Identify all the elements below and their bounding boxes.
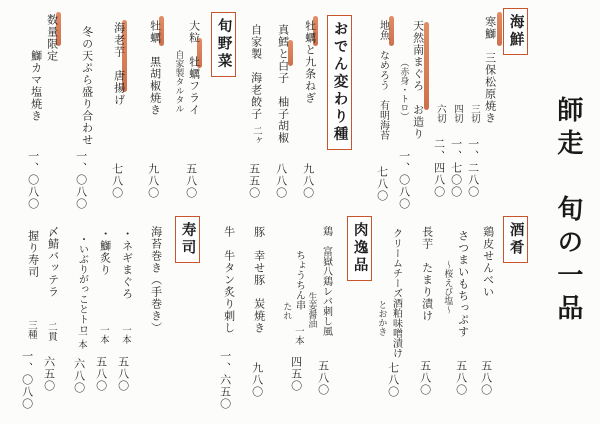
item-price: 九八〇 [301, 163, 314, 199]
brush-accent [424, 22, 429, 110]
item-price: 七八〇 [375, 166, 388, 202]
item-name-torikawa: 鶏皮せんべい [481, 226, 494, 298]
item-name-tori-reba: 鶏 富嶽八鶏レバ刺し風 [320, 226, 332, 336]
item-name-buri-aburi: ・鰤炙り [98, 228, 111, 276]
section-header-yasai: 旬野菜 [211, 12, 236, 77]
item-price: 一、六五〇 [218, 350, 231, 410]
item-price: 五八〇 [454, 360, 467, 396]
item-name-cream-cheese: クリームチーズ酒粕味噌漬け [390, 228, 402, 358]
item-name-kanburi: 寒鰤 三保松原焼き [483, 16, 496, 124]
item-name-burikama: 鰤カマ塩焼き [29, 50, 42, 122]
menu-title: 師走 旬の一品 [552, 96, 582, 327]
item-unit: 三切 [468, 104, 479, 123]
item-note: 〜桜えび塩〜 [442, 260, 452, 314]
item-name-buta: 豚 幸せ豚 炭焼き [252, 226, 265, 334]
item-note: （赤身・トロ） [398, 58, 408, 121]
item-note: たれ [281, 302, 291, 320]
item-name-kaki-kosho: 牡蠣 黒胡椒焼き [148, 20, 161, 116]
section-header-sushi: 寿司 [175, 216, 200, 263]
item-name-jizakana: 地魚 なめろう 有明海苔 [377, 20, 389, 140]
item-price: 九八〇 [146, 163, 159, 199]
item-price: 九八〇 [250, 362, 263, 398]
item-price: 八八〇 [274, 163, 287, 199]
item-price: 二、四八〇 [432, 138, 445, 198]
item-name-shimesaba: 〆鯖バッテラ [46, 226, 59, 298]
item-name-negi-maguro: ・ネギまぐろ [120, 228, 133, 300]
item-name-ebi-imo: 海老芋 唐揚げ [112, 22, 125, 106]
section-header-shuko: 酒肴 [503, 216, 528, 263]
item-name-satsumaimo: さつまいもちっぷす [456, 230, 469, 338]
item-unit: 六切 [434, 104, 445, 123]
item-unit: 三種 [25, 320, 36, 339]
item-note: とおかき [376, 300, 386, 336]
item-unit: 一本 [75, 330, 86, 349]
item-price: 一、七〇〇 [449, 138, 462, 198]
item-unit: 二ヶ [250, 126, 261, 145]
item-price: 五五〇 [247, 163, 260, 199]
item-price: 一、〇八〇 [26, 150, 39, 210]
item-name-nagaimo: 長芋 たまり漬け [420, 226, 433, 322]
item-label-gentei: 数量限定 [45, 14, 58, 62]
item-price: 五八〇 [479, 360, 492, 396]
item-price: 五八〇 [316, 360, 329, 396]
item-name-maguro: 天然南まぐろ お造り [411, 20, 424, 140]
brush-accent [389, 16, 394, 46]
item-note: 自家製タルタル [173, 50, 183, 113]
item-price: 一、〇八〇 [74, 150, 87, 210]
item-name-iburigakko: ・いぶりがっことトロ [76, 234, 88, 334]
item-unit: 二貫 [45, 322, 56, 341]
item-price: 五八〇 [184, 163, 197, 199]
section-header-oden: おでん変わり種 [327, 15, 352, 150]
item-price: 一、〇八〇 [20, 350, 33, 410]
item-unit: 四切 [451, 104, 462, 123]
menu-page: { "title": "師走 旬の一品", "colors": { "accen… [0, 0, 600, 424]
item-price: 七八〇 [110, 163, 123, 199]
item-note: 生姜醤油 [306, 292, 316, 328]
item-price: 七八〇 [386, 362, 399, 398]
item-name-gyutan: 牛 牛タン炙り刺し [222, 226, 235, 334]
item-name-tempura: 冬の天ぷら盛り合わせ [80, 26, 93, 146]
item-price: 五八〇 [116, 356, 129, 392]
item-price: 六五〇 [42, 356, 55, 392]
item-name-norimaki: 海苔巻き（手巻き） [149, 226, 162, 334]
item-unit: 一本 [292, 326, 303, 345]
item-unit: 一本 [97, 325, 108, 344]
item-name-madara: 真鱈と白子 柚子胡椒 [276, 24, 289, 144]
item-name-chochin: ちょうちん串 [293, 250, 305, 310]
item-price: 一、二八〇 [466, 138, 479, 198]
item-price: 一、〇八〇 [397, 150, 410, 210]
item-name-nigiri: 握り寿司 [26, 230, 39, 278]
section-header-kaisen: 海鮮 [503, 8, 528, 55]
item-price: 六八〇 [72, 358, 85, 394]
item-unit: 一本 [119, 325, 130, 344]
item-name-kaki-fry: 大粒 牡蠣フライ [187, 20, 200, 116]
item-name-ebi-gyoza: 自家製 海老餃子 [249, 24, 262, 120]
item-price: 四五〇 [289, 356, 302, 392]
item-price: 五八〇 [418, 360, 431, 396]
brush-accent [497, 12, 502, 46]
item-name-kaki-negi: 牡蠣と九条ねぎ [303, 20, 316, 104]
section-header-niku: 肉逸品 [347, 216, 372, 281]
item-price: 五八〇 [94, 356, 107, 392]
